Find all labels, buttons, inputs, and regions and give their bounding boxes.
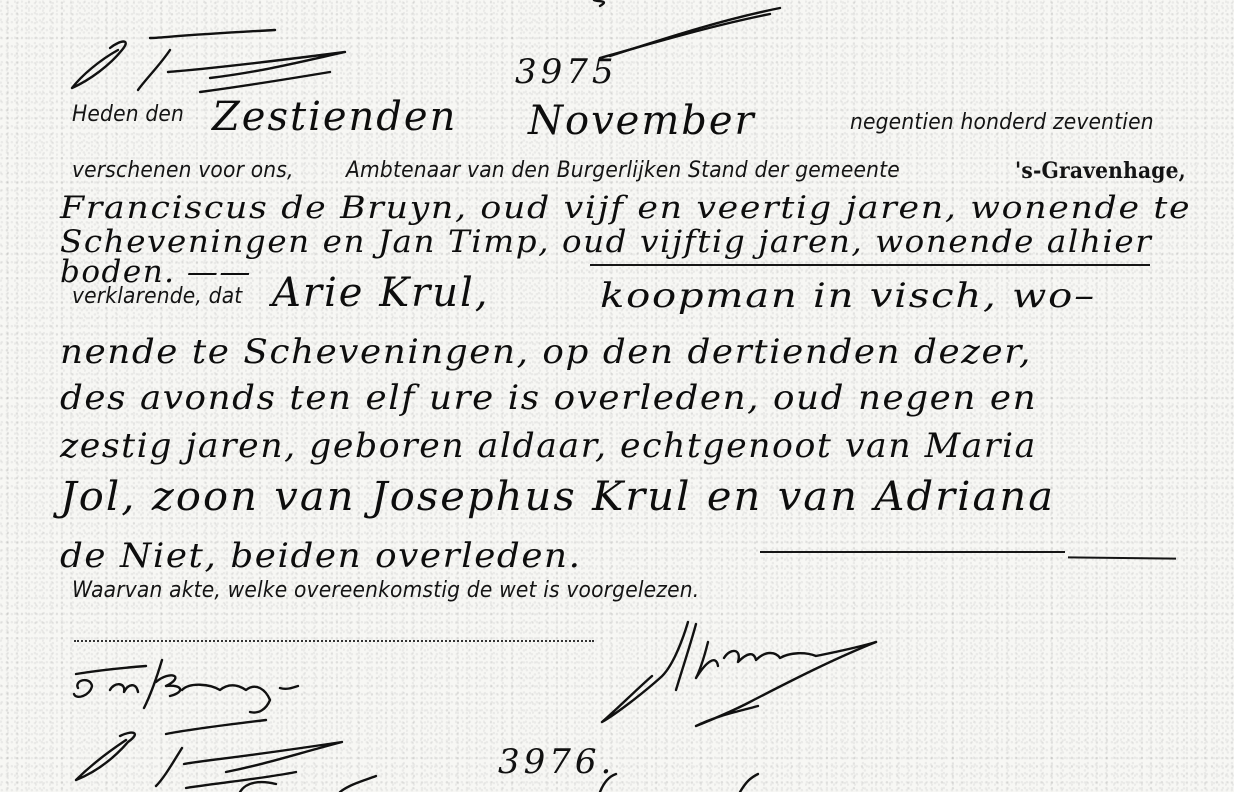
printed-closing: Waarvan akte, welke overeenkomstig de we… (72, 578, 699, 603)
printed-appeared: verschenen voor ons, (72, 158, 294, 183)
signature-witness-1 (70, 660, 310, 720)
handwritten-body-line-2: des avonds ten elf ure is overleden, oud… (60, 378, 1037, 418)
printed-year-phrase: negentien honderd zeventien (850, 110, 1154, 135)
handwritten-body-line-1: nende te Scheveningen, op den dertienden… (60, 332, 1032, 372)
handwritten-deceased-occupation: koopman in visch, wo– (600, 276, 1096, 316)
printed-municipality: 's-Gravenhage, (1015, 158, 1186, 184)
registry-page: 3975 Heden den Zestienden November negen… (0, 0, 1234, 792)
signature-flourish-top (590, 0, 790, 60)
printed-declaring: verklarende, dat (72, 284, 242, 309)
handwritten-body-line-4: Jol, zoon van Josephus Krul en van Adria… (60, 474, 1055, 520)
fill-line-witness (590, 264, 1150, 266)
record-number: 3975 (515, 52, 618, 92)
fill-line-closing-tail (1068, 556, 1176, 559)
handwritten-body-line-5: de Niet, beiden overleden. (60, 536, 582, 576)
signature-official (596, 618, 936, 728)
handwritten-deceased-name: Arie Krul, (272, 270, 489, 316)
fill-line-closing (760, 551, 1065, 553)
printed-heden-den: Heden den (72, 102, 184, 127)
signature-dotted-line (74, 640, 594, 642)
handwritten-witness-line-1: Franciscus de Bruyn, oud vijf en veertig… (60, 190, 1191, 226)
signature-top-left (60, 20, 360, 100)
handwritten-month: November (528, 98, 756, 144)
handwritten-body-line-3: zestig jaren, geboren aldaar, echtgenoot… (60, 426, 1037, 466)
printed-official-title: Ambtenaar van den Burgerlijken Stand der… (346, 158, 900, 183)
next-record-partial-handwriting (180, 772, 780, 792)
handwritten-day: Zestienden (212, 94, 457, 140)
